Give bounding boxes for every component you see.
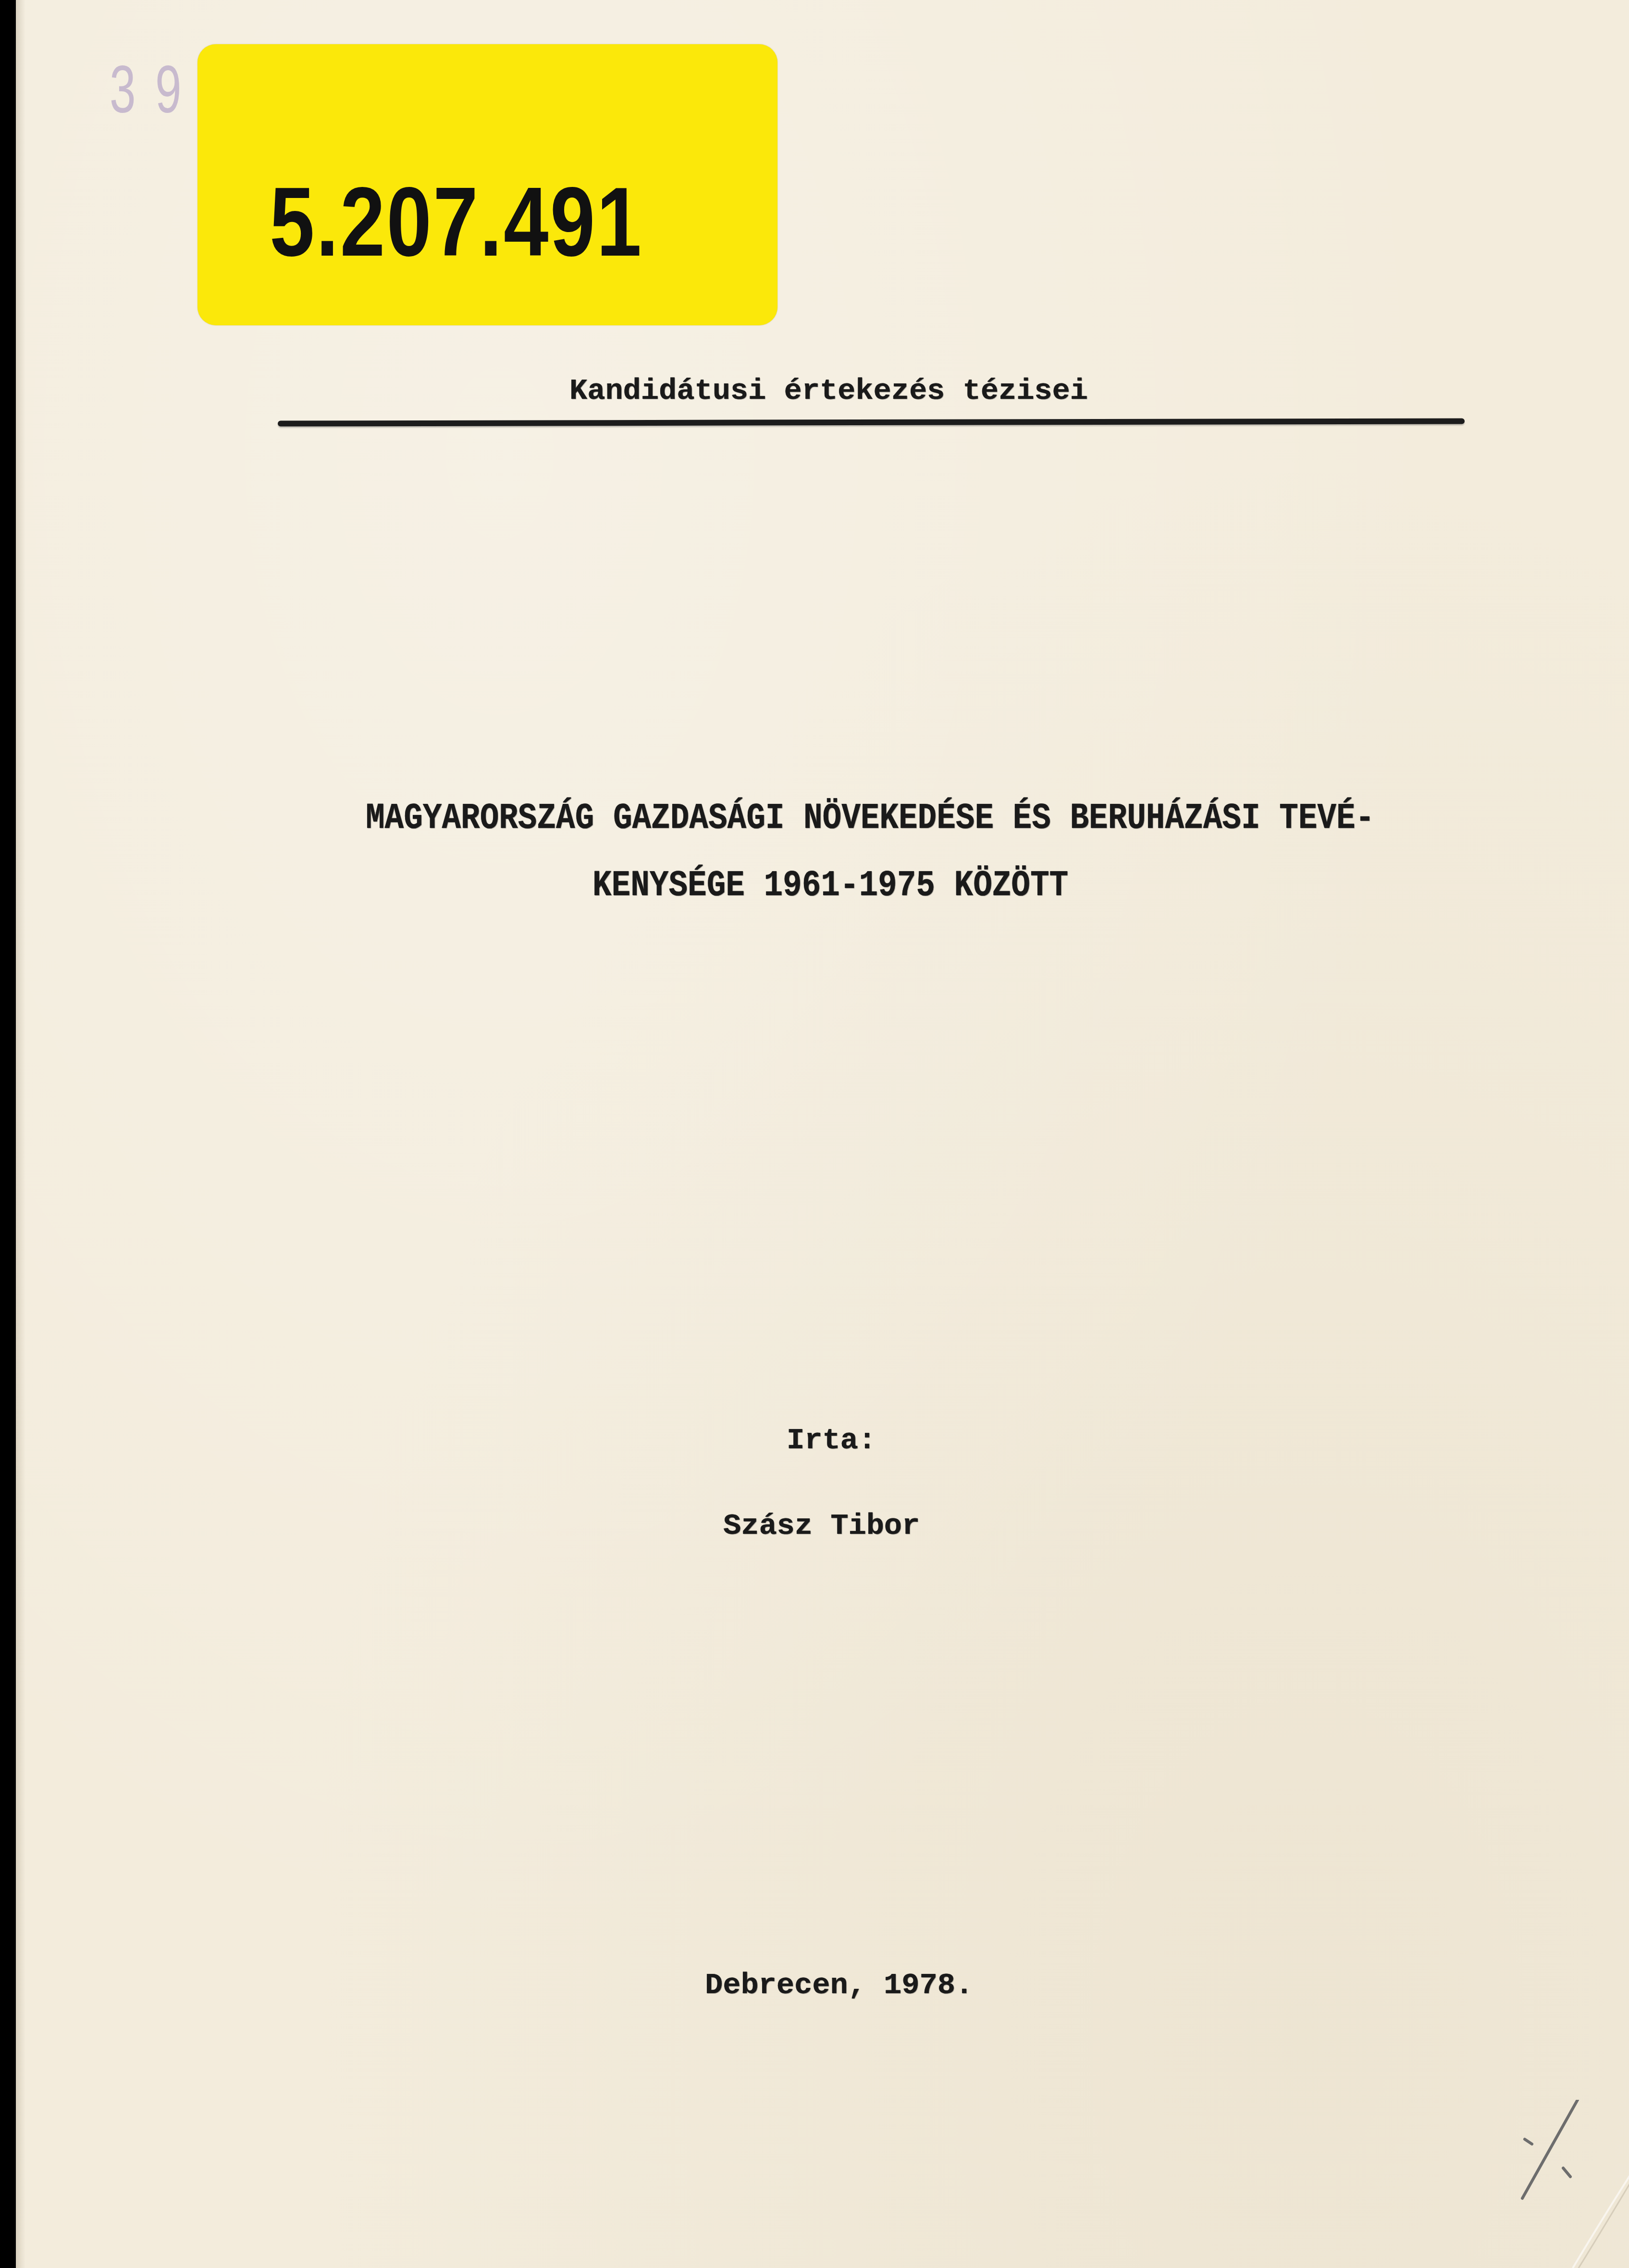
document-page: 39 797 5.207.491 Kandidátusi értekezés t… bbox=[16, 0, 1629, 2268]
document-title-line-1: MAGYARORSZÁG GAZDASÁGI NÖVEKEDÉSE ÉS BER… bbox=[366, 798, 1374, 839]
document-subtitle: Kandidátusi értekezés tézisei bbox=[569, 374, 1088, 408]
author-name: Szász Tibor bbox=[723, 1509, 920, 1543]
call-number-label: 5.207.491 bbox=[270, 165, 643, 279]
place-and-date: Debrecen, 1978. bbox=[705, 1968, 973, 2002]
document-title-line-2: KENYSÉGE 1961-1975 KÖZÖTT bbox=[592, 865, 1068, 906]
subtitle-underline bbox=[278, 418, 1465, 426]
call-number-sticker: 5.207.491 bbox=[197, 44, 777, 325]
paper-crease bbox=[1568, 2153, 1629, 2268]
author-label: Irta: bbox=[787, 1423, 876, 1457]
